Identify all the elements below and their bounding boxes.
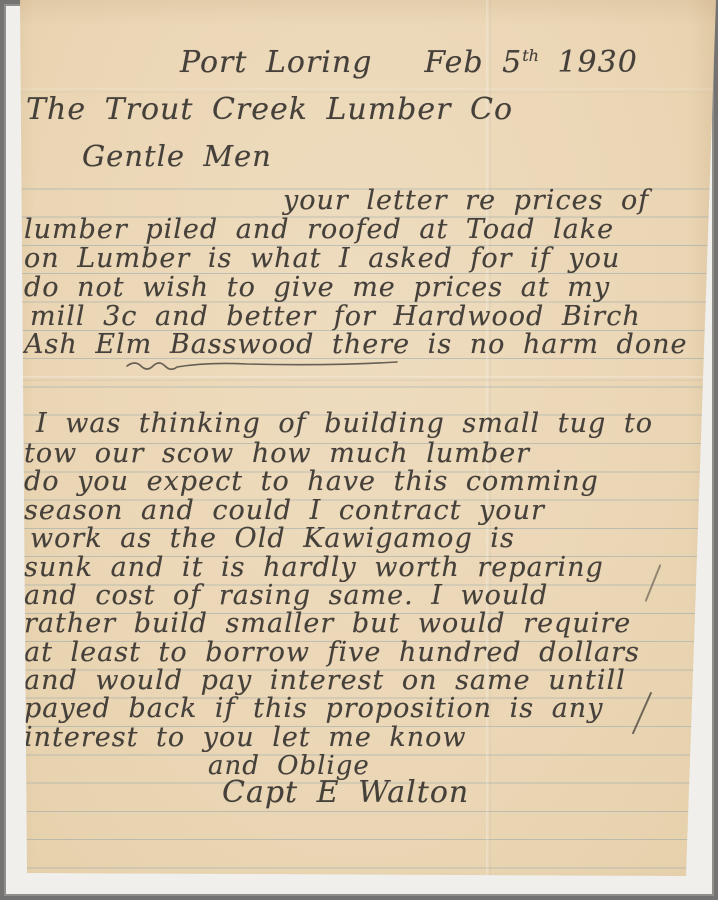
body-line: payed back if this proposition is any — [24, 695, 603, 723]
letter-paper: Port LoringFeb 5th 1930 The Trout Creek … — [0, 0, 718, 900]
body-line: lumber piled and roofed at Toad lake — [24, 216, 614, 244]
salutation: Gentle Men — [82, 142, 272, 170]
body-line: at least to borrow five hundred dollars — [24, 639, 640, 667]
body-line: do you expect to have this comming — [24, 468, 599, 496]
body-line: interest to you let me know — [24, 724, 467, 752]
flourish-underline — [125, 356, 400, 370]
body-line: your letter re prices of — [283, 187, 649, 215]
body-line: and would pay interest on same untill — [24, 667, 626, 695]
horizontal-fold-crease — [0, 376, 718, 381]
dateline-year: 1930 — [557, 45, 637, 80]
body-line: I was thinking of building small tug to — [36, 410, 653, 438]
dateline-ordinal: th — [522, 46, 539, 65]
body-line: do not wish to give me prices at my — [24, 274, 610, 302]
body-line: on Lumber is what I asked for if you — [24, 245, 620, 273]
recipient-line: The Trout Creek Lumber Co — [26, 96, 513, 124]
body-line: work as the Old Kawigamog is — [30, 525, 515, 553]
body-line: rather build smaller but would require — [24, 610, 631, 638]
dateline: Port LoringFeb 5th 1930 — [180, 42, 638, 77]
signature: Capt E Walton — [222, 779, 469, 807]
body-line: tow our scow how much lumber — [24, 440, 530, 468]
body-line: and cost of rasing same. I would — [24, 582, 548, 610]
dateline-day: Feb 5 — [424, 45, 522, 80]
body-line: Ash Elm Basswood there is no harm done — [24, 331, 687, 359]
dateline-place: Port Loring — [180, 45, 372, 80]
framed-letter-photo: Port LoringFeb 5th 1930 The Trout Creek … — [0, 0, 718, 900]
body-line: mill 3c and better for Hardwood Birch — [30, 303, 641, 331]
body-line: sunk and it is hardly worth reparing — [24, 554, 604, 582]
body-line: season and could I contract your — [24, 497, 545, 525]
